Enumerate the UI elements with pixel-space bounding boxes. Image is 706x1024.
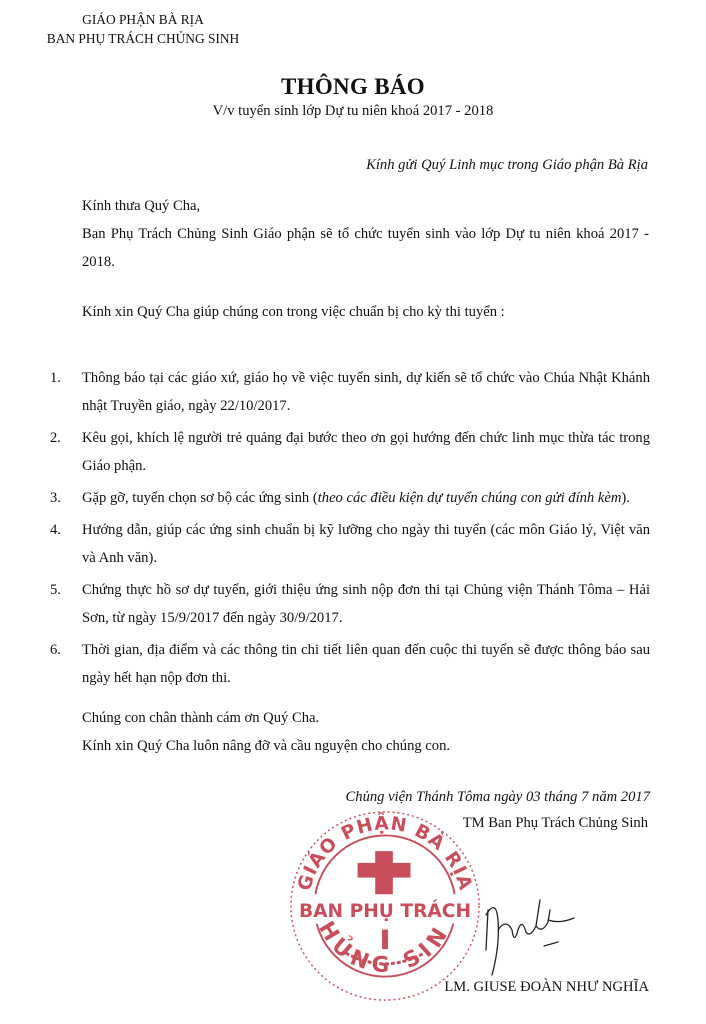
list-text: Hướng dẫn, giúp các ứng sinh chuẩn bị kỹ… [82, 522, 650, 566]
list-text: Chứng thực hồ sơ dự tuyển, giới thiệu ứn… [82, 582, 650, 626]
list-number: 2. [50, 424, 61, 452]
org-name: GIÁO PHẬN BÀ RỊA [0, 11, 286, 29]
list-item: 5.Chứng thực hồ sơ dự tuyển, giới thiệu … [50, 576, 650, 632]
place-date: Chủng viện Thánh Tôma ngày 03 tháng 7 nă… [346, 789, 650, 806]
closing-request: Kính xin Quý Cha luôn nâng đỡ và cầu ngu… [82, 732, 649, 760]
list-text: Thời gian, địa điểm và các thông tin chi… [82, 642, 650, 686]
cross-icon [358, 851, 411, 896]
list-text: Gặp gỡ, tuyển chọn sơ bộ các ứng sinh ( [82, 490, 318, 506]
list-number: 4. [50, 516, 61, 544]
list-number: 6. [50, 636, 61, 664]
on-behalf-line: TM Ban Phụ Trách Chủng Sinh [463, 815, 648, 832]
list-text: Kêu gọi, khích lệ người trẻ quảng đại bư… [82, 430, 650, 474]
list-item: 1.Thông báo tại các giáo xứ, giáo họ về … [50, 364, 650, 420]
list-text: Thông báo tại các giáo xứ, giáo họ về vi… [82, 370, 650, 414]
task-list: 1.Thông báo tại các giáo xứ, giáo họ về … [50, 364, 650, 696]
closing-thanks: Chúng con chân thành cám ơn Quý Cha. [82, 704, 649, 732]
request-paragraph: Kính xin Quý Cha giúp chúng con trong vi… [82, 298, 649, 326]
list-item: 2.Kêu gọi, khích lệ người trẻ quảng đại … [50, 424, 650, 480]
recipient-line: Kính gửi Quý Linh mục trong Giáo phận Bà… [366, 157, 648, 174]
list-item: 6.Thời gian, địa điểm và các thông tin c… [50, 636, 650, 692]
list-item: 3.Gặp gỡ, tuyển chọn sơ bộ các ứng sinh … [50, 484, 650, 512]
greeting: Kính thưa Quý Cha, [82, 192, 649, 220]
signature [478, 890, 588, 980]
org-department: BAN PHỤ TRÁCH CHỦNG SINH [0, 30, 286, 48]
intro-paragraph: Ban Phụ Trách Chủng Sinh Giáo phận sẽ tổ… [82, 220, 649, 276]
list-item: 4.Hướng dẫn, giúp các ứng sinh chuẩn bị … [50, 516, 650, 572]
official-stamp: GIÁO PHẬN BÀ RỊA BAN PHỤ TRÁCH CHỦNG SIN… [287, 808, 483, 1004]
list-number: 1. [50, 364, 61, 392]
stamp-center-text: BAN PHỤ TRÁCH [299, 899, 471, 922]
list-text-italic: theo các điều kiện dự tuyển chúng con gử… [318, 490, 622, 506]
document-subtitle: V/v tuyển sinh lớp Dự tu niên khoá 2017 … [0, 103, 706, 120]
list-text: ). [621, 490, 630, 506]
list-number: 3. [50, 484, 61, 512]
list-number: 5. [50, 576, 61, 604]
document-title: THÔNG BÁO [0, 74, 706, 100]
signer-name: LM. GIUSE ĐOÀN NHƯ NGHĨA [444, 979, 649, 996]
